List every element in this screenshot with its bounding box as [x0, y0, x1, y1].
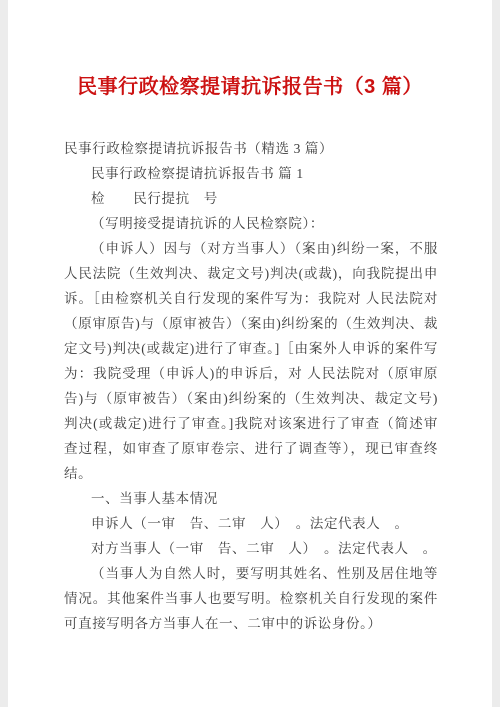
doc-opposing-party-line: 对方当事人（一审 告、二审 人） 。法定代表人 。: [64, 536, 438, 561]
doc-section-heading: 一、当事人基本情况: [64, 486, 438, 511]
page-edge-left-strip: [0, 0, 8, 707]
doc-main-paragraph: （申诉人）因与（对方当事人）（案由)纠纷一案，不服 人民法院（生效判决、裁定文号…: [64, 236, 438, 486]
doc-case-number-line: 检 民行提抗 号: [64, 186, 438, 211]
document-title: 民事行政检察提请抗诉报告书（3 篇）: [40, 72, 460, 102]
document-page: 民事行政检察提请抗诉报告书（3 篇） 民事行政检察提请抗诉报告书（精选 3 篇）…: [0, 0, 500, 707]
doc-subheading-line: 民事行政检察提请抗诉报告书 篇 1: [64, 161, 438, 186]
document-body: 民事行政检察提请抗诉报告书（精选 3 篇） 民事行政检察提请抗诉报告书 篇 1 …: [64, 136, 438, 636]
doc-petitioner-line: 申诉人（一审 告、二审 人） 。法定代表人 。: [64, 511, 438, 536]
doc-note-paragraph: （当事人为自然人时，要写明其姓名、性别及居住地等情况。其他案件当事人也要写明。检…: [64, 561, 438, 636]
page-edge-right-strip: [492, 0, 500, 707]
doc-heading-line: 民事行政检察提请抗诉报告书（精选 3 篇）: [64, 136, 438, 161]
doc-addressee-line: （写明接受提请抗诉的人民检察院）：: [64, 211, 438, 236]
